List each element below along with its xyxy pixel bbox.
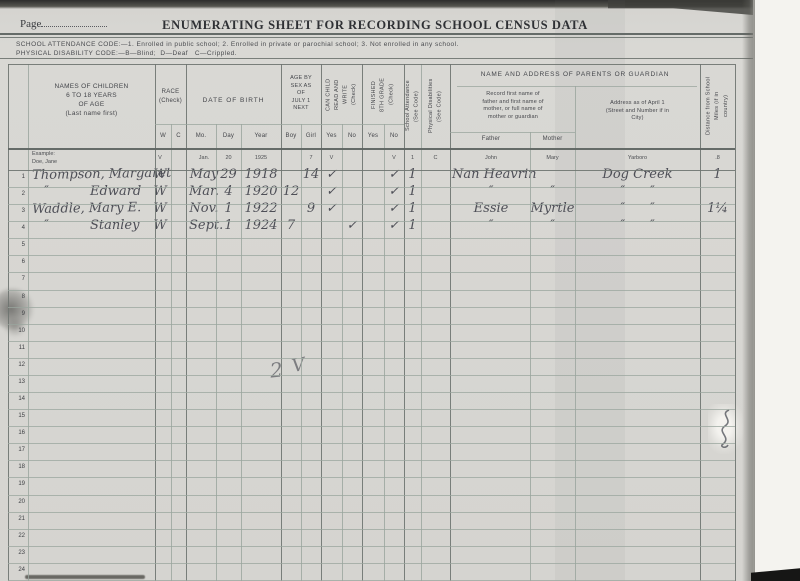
grid-line bbox=[8, 204, 735, 205]
example-disability-code: C bbox=[421, 155, 450, 161]
row-number: 10 bbox=[8, 328, 25, 334]
example-distance: .8 bbox=[700, 155, 735, 161]
example-girl-age: 7 bbox=[301, 155, 321, 161]
grid-line bbox=[362, 64, 363, 581]
row-number: 1 bbox=[8, 174, 25, 180]
col-header-parents: NAME AND ADDRESS OF PARENTS OR GUARDIAN bbox=[452, 70, 698, 79]
grid-line bbox=[8, 460, 735, 461]
grid-line bbox=[8, 272, 735, 273]
paper-right-edge bbox=[742, 0, 755, 581]
grid-line bbox=[186, 64, 187, 581]
col-header-parents-note: Record first name of father and first na… bbox=[453, 91, 573, 121]
example-address: Yarboro bbox=[575, 155, 700, 161]
grid-line bbox=[8, 64, 735, 65]
grid-line bbox=[575, 86, 576, 581]
scanned-census-sheet: Page ENUMERATING SHEET FOR RECORDING SCH… bbox=[0, 0, 753, 581]
subcol-g8-yes: Yes bbox=[362, 133, 384, 139]
grid-line bbox=[8, 290, 735, 291]
sheet-title: ENUMERATING SHEET FOR RECORDING SCHOOL C… bbox=[60, 18, 690, 33]
row-number: 9 bbox=[8, 311, 25, 317]
grid-line bbox=[8, 477, 735, 478]
grid-line bbox=[8, 495, 735, 496]
grid-line bbox=[700, 64, 701, 581]
title-rule-bottom bbox=[0, 37, 753, 38]
row-number: 11 bbox=[8, 345, 25, 351]
grid-line bbox=[421, 64, 422, 581]
grid-line bbox=[8, 443, 735, 444]
grid-line bbox=[155, 124, 404, 125]
page-word: Page bbox=[20, 18, 41, 30]
col-header-school-attendance: School Attendance (See Code) bbox=[404, 66, 421, 146]
attendance-code-note: SCHOOL ATTENDANCE CODE:—1. Enrolled in p… bbox=[16, 41, 459, 50]
grid-line bbox=[8, 341, 735, 342]
grid-line bbox=[28, 64, 29, 581]
row-number: 21 bbox=[8, 516, 25, 522]
col-header-race: RACE (Check) bbox=[155, 88, 186, 106]
col-header-age-by-sex: AGE BY SEX AS OF JULY 1 NEXT bbox=[281, 75, 321, 113]
example-race-w: V bbox=[148, 155, 172, 161]
row-number: 19 bbox=[8, 481, 25, 487]
grid-line bbox=[404, 64, 405, 581]
row-number: 5 bbox=[8, 242, 25, 248]
example-readwrite-yes: V bbox=[321, 155, 342, 161]
col-header-distance: Distance from School Miles (if in countr… bbox=[700, 66, 735, 146]
punch-hole bbox=[708, 404, 744, 454]
title-rule-top bbox=[0, 33, 753, 35]
subcol-mo: Mo. bbox=[186, 133, 216, 139]
grid-line bbox=[8, 238, 735, 239]
subcol-year: Year bbox=[241, 133, 281, 139]
punch-hole-scribble bbox=[708, 404, 744, 454]
row-number: 2 bbox=[8, 191, 25, 197]
example-mother: Mary bbox=[530, 155, 575, 161]
row-number: 22 bbox=[8, 533, 25, 539]
subcol-rw-yes: Yes bbox=[321, 133, 342, 139]
row-number: 13 bbox=[8, 379, 25, 385]
subcol-boy: Boy bbox=[281, 133, 301, 139]
grid-line bbox=[8, 529, 735, 530]
row-number: 6 bbox=[8, 259, 25, 265]
row-number: 7 bbox=[8, 276, 25, 282]
grid-line bbox=[8, 546, 735, 547]
scan-top-right-shadow bbox=[608, 0, 753, 15]
subcol-mother: Mother bbox=[530, 136, 575, 142]
row-number: 24 bbox=[8, 567, 25, 573]
grid-line bbox=[8, 324, 735, 325]
grid-line bbox=[8, 255, 735, 256]
row-number: 8 bbox=[8, 294, 25, 300]
header-rule bbox=[0, 58, 753, 59]
grid-line bbox=[8, 409, 735, 410]
grid-line bbox=[8, 375, 735, 376]
example-8thgrade-no: V bbox=[384, 155, 404, 161]
example-father: John bbox=[452, 155, 530, 161]
row-number: 15 bbox=[8, 413, 25, 419]
col-header-finished-8th-grade: FINISHED 8TH GRADE (Check) bbox=[362, 66, 404, 123]
scan-bottom-streak bbox=[25, 575, 145, 579]
grid-line bbox=[450, 132, 575, 133]
row-number: 18 bbox=[8, 464, 25, 470]
grid-line bbox=[8, 392, 735, 393]
grid-line bbox=[321, 64, 322, 581]
grid-line bbox=[281, 64, 282, 581]
col-header-read-write: CAN CHILD READ AND WRITE (Check) bbox=[321, 66, 362, 123]
row-number: 12 bbox=[8, 362, 25, 368]
grid-line bbox=[8, 170, 735, 171]
grid-line bbox=[8, 148, 735, 150]
example-day: 20 bbox=[216, 155, 241, 161]
grid-line bbox=[457, 86, 697, 87]
child-name: Thompson, Margaret bbox=[30, 166, 155, 168]
child-name-text: Waddle, Mary E. bbox=[32, 200, 141, 217]
grid-line bbox=[8, 563, 735, 564]
grid-line bbox=[8, 221, 735, 222]
grid-line bbox=[735, 64, 736, 581]
row-number: 16 bbox=[8, 430, 25, 436]
row-number: 17 bbox=[8, 447, 25, 453]
example-label: Example: Doe, Jane bbox=[32, 150, 152, 166]
col-header-names: NAMES OF CHILDREN 6 TO 18 YEARS OF AGE (… bbox=[28, 82, 155, 118]
example-month: Jan. bbox=[186, 155, 219, 161]
subcol-rw-no: No bbox=[342, 133, 362, 139]
row-number: 20 bbox=[8, 499, 25, 505]
grid-line bbox=[530, 132, 531, 581]
col-header-address: Address as of April 1 (Street and Number… bbox=[577, 100, 698, 123]
row-number: 14 bbox=[8, 396, 25, 402]
subcol-father: Father bbox=[452, 136, 530, 142]
grid-line bbox=[8, 512, 735, 513]
subcol-g8-no: No bbox=[384, 133, 404, 139]
grid-line bbox=[155, 64, 156, 581]
subcol-day: Day bbox=[216, 133, 241, 139]
subcol-w: W bbox=[155, 133, 171, 139]
row-number: 23 bbox=[8, 550, 25, 556]
subcol-c: C bbox=[171, 133, 186, 139]
grid-line bbox=[8, 358, 735, 359]
child-name: Waddle, Mary E. bbox=[30, 200, 155, 202]
example-attendance-code: 1 bbox=[404, 155, 421, 161]
subcol-girl: Girl bbox=[301, 133, 321, 139]
grid-line bbox=[450, 64, 451, 581]
col-header-date-of-birth: DATE OF BIRTH bbox=[186, 96, 281, 105]
row-number: 3 bbox=[8, 208, 25, 214]
grid-line bbox=[8, 307, 735, 308]
col-header-physical-disabilities: Physical Disabilities (See Code) bbox=[421, 66, 450, 146]
grid-line bbox=[8, 426, 735, 427]
example-year: 1925 bbox=[241, 155, 281, 161]
grid-line bbox=[8, 187, 735, 188]
scan-corner-shadow bbox=[751, 566, 800, 581]
row-number: 4 bbox=[8, 225, 25, 231]
